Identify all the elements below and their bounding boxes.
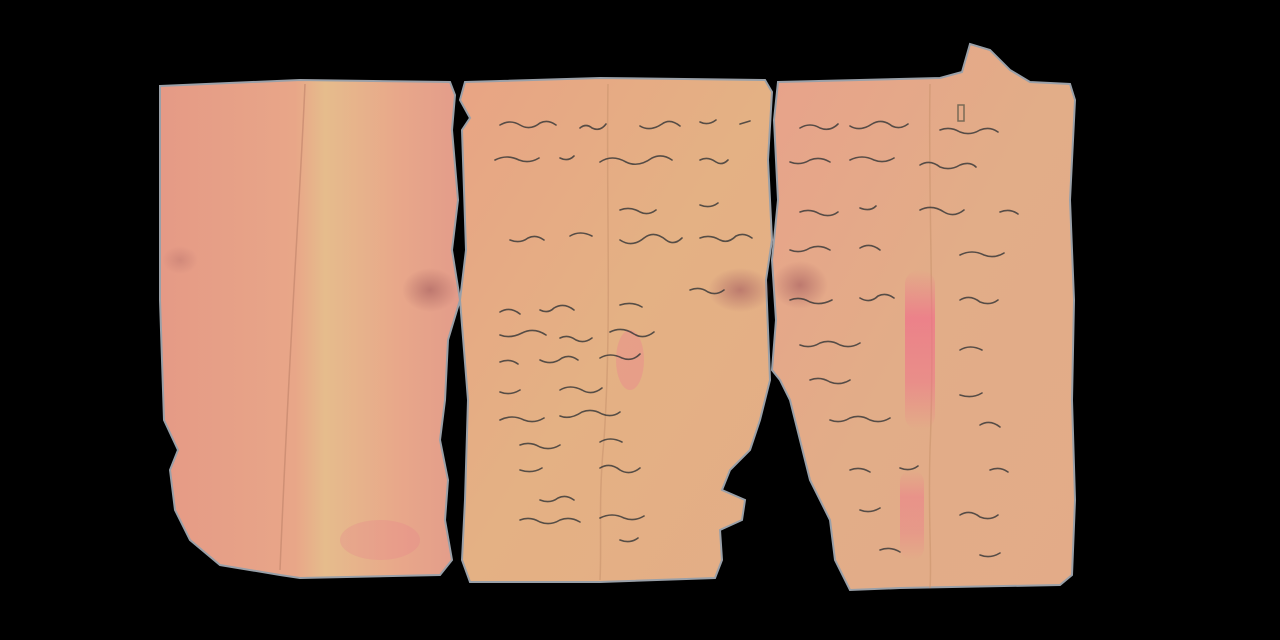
manuscript-photo xyxy=(0,0,1280,640)
left-panel xyxy=(160,80,460,578)
manuscript-svg xyxy=(0,0,1280,640)
right-panel xyxy=(772,44,1075,590)
middle-panel xyxy=(460,78,772,582)
